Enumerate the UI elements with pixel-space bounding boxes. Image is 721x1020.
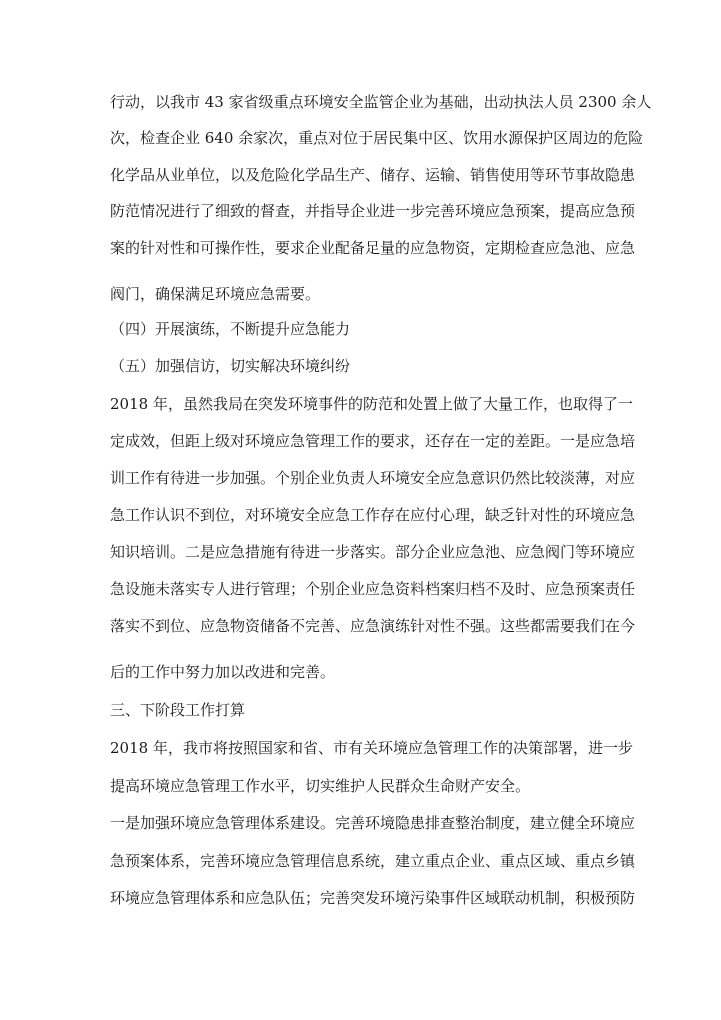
paragraph-line: 定成效，但距上级对环境应急管理工作的要求，还存在一定的差距。一是应急培 [110, 430, 614, 452]
paragraph-line: 急预案体系，完善环境应急管理信息系统，建立重点企业、重点区域、重点乡镇 [110, 850, 614, 872]
paragraph-line: 一是加强环境应急管理体系建设。完善环境隐患排查整治制度，建立健全环境应 [110, 812, 614, 834]
section-heading: 三、下阶段工作打算 [110, 699, 614, 721]
paragraph-line: 行动，以我市 43 家省级重点环境安全监管企业为基础，出动执法人员 2300 余… [110, 91, 614, 113]
paragraph-line: 次，检查企业 640 余家次，重点对位于居民集中区、饮用水源保护区周边的危险 [110, 127, 614, 149]
paragraph-line: 急工作认识不到位，对环境安全应急工作存在应付心理，缺乏针对性的环境应急 [110, 504, 614, 526]
section-heading: （五）加强信访，切实解决环境纠纷 [110, 355, 614, 377]
paragraph-line: 阀门，确保满足环境应急需要。 [110, 283, 614, 305]
paragraph-line: 落实不到位、应急物资储备不完善、应急演练针对性不强。这些都需要我们在今 [110, 615, 614, 637]
paragraph-line: 案的针对性和可操作性，要求企业配备足量的应急物资，定期检查应急池、应急 [110, 237, 614, 259]
paragraph-line: 2018 年，我市将按照国家和省、市有关环境应急管理工作的决策部署，进一步 [110, 737, 614, 759]
paragraph-line: 环境应急管理体系和应急队伍；完善突发环境污染事件区域联动机制，积极预防 [110, 887, 614, 909]
document-page: 行动，以我市 43 家省级重点环境安全监管企业为基础，出动执法人员 2300 余… [0, 0, 721, 1020]
paragraph-line: 防范情况进行了细致的督查，并指导企业进一步完善环境应急预案，提高应急预 [110, 200, 614, 222]
section-heading: （四）开展演练，不断提升应急能力 [110, 318, 614, 340]
paragraph-line: 化学品从业单位，以及危险化学品生产、储存、运输、销售使用等环节事故隐患 [110, 164, 614, 186]
paragraph-line: 知识培训。二是应急措施有待进一步落实。部分企业应急池、应急阀门等环境应 [110, 541, 614, 563]
paragraph-line: 后的工作中努力加以改进和完善。 [110, 661, 614, 683]
paragraph-line: 急设施未落实专人进行管理；个别企业应急资料档案归档不及时、应急预案责任 [110, 578, 614, 600]
paragraph-line: 提高环境应急管理工作水平，切实维护人民群众生命财产安全。 [110, 775, 614, 797]
paragraph-line: 训工作有待进一步加强。个别企业负责人环境安全应急意识仍然比较淡薄，对应 [110, 467, 614, 489]
paragraph-line: 2018 年，虽然我局在突发环境事件的防范和处置上做了大量工作，也取得了一 [110, 393, 614, 415]
